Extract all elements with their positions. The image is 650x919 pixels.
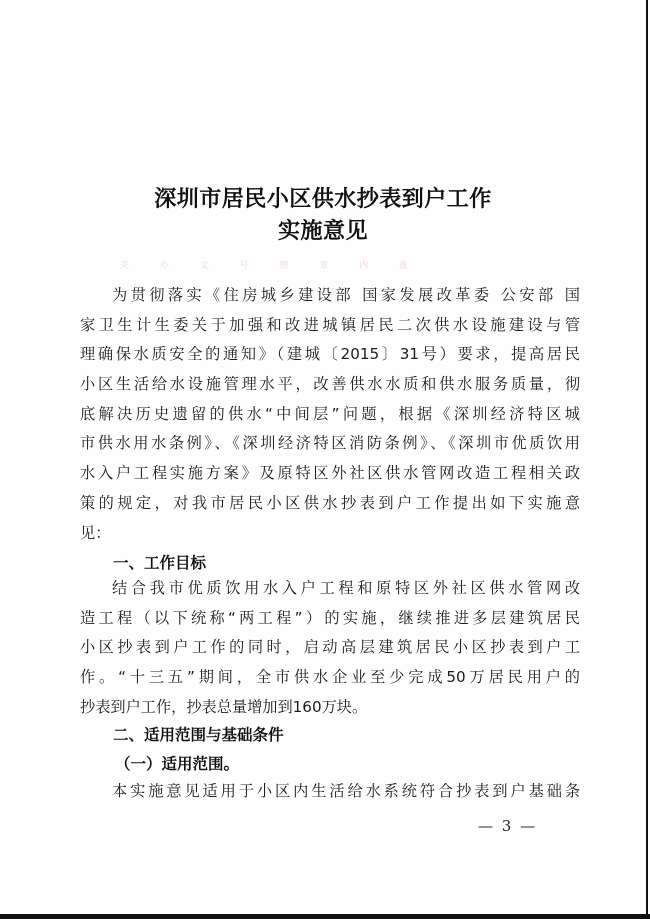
text-line: 小区抄表到户工作的同时，启动高层建筑居民小区抄表到户工 <box>80 633 580 663</box>
text-line: 水入户工程实施方案》及原特区外社区供水管网改造工程相关政 <box>80 459 580 489</box>
text-line: 小区生活给水设施管理水平，改善供水水质和供水服务质量，彻 <box>80 370 580 400</box>
faint-stamp-bleedthrough: 关 办 文 号 规 章 内 准 <box>120 258 550 271</box>
text-line: 底解决历史遗留的供水“中间层”问题，根据《深圳经济特区城 <box>80 400 580 430</box>
scan-edge-bottom <box>0 914 650 919</box>
text-line: 策的规定，对我市居民小区供水抄表到户工作提出如下实施意 <box>80 489 580 519</box>
section-heading-work-goals: 一、工作目标 <box>113 551 206 573</box>
page-number: — 3 — <box>478 817 537 835</box>
section-heading-scope-conditions: 二、适用范围与基础条件 <box>113 723 284 745</box>
text-line: 结合我市优质饮用水入户工程和原特区外社区供水管网改 <box>80 574 580 604</box>
intro-paragraph: 为贯彻落实《住房城乡建设部 国家发展改革委 公安部 国 家卫生计生委关于加强和改… <box>80 281 580 548</box>
document-title-line-2: 实施意见 <box>0 214 646 245</box>
text-line: 市供水用水条例》、《深圳经济特区消防条例》、《深圳市优质饮用 <box>80 429 580 459</box>
text-line: 家卫生计生委关于加强和改进城镇居民二次供水设施建设与管 <box>80 311 580 341</box>
document-page: 深圳市居民小区供水抄表到户工作 实施意见 关 办 文 号 规 章 内 准 为贯彻… <box>0 0 648 914</box>
text-line: 作。“十三五”期间，全市供水企业至少完成50万居民用户的 <box>80 663 580 693</box>
text-line: 造工程（以下统称“两工程”）的实施，继续推进多层建筑居民 <box>80 604 580 634</box>
document-title-line-1: 深圳市居民小区供水抄表到户工作 <box>0 182 646 213</box>
section2-paragraph: 本实施意见适用于小区内生活给水系统符合抄表到户基础条 <box>112 777 580 807</box>
text-line: 理确保水质安全的通知》（建城〔2015〕31号）要求，提高居民 <box>80 340 580 370</box>
section1-paragraph: 结合我市优质饮用水入户工程和原特区外社区供水管网改 造工程（以下统称“两工程”）… <box>80 574 580 722</box>
text-line: 见： <box>80 519 580 549</box>
text-line: 本实施意见适用于小区内生活给水系统符合抄表到户基础条 <box>112 777 580 807</box>
text-line: 抄表到户工作，抄表总量增加到160万块。 <box>80 693 580 723</box>
text-line: 为贯彻落实《住房城乡建设部 国家发展改革委 公安部 国 <box>80 281 580 311</box>
subsection-heading-scope: （一）适用范围。 <box>115 752 239 774</box>
